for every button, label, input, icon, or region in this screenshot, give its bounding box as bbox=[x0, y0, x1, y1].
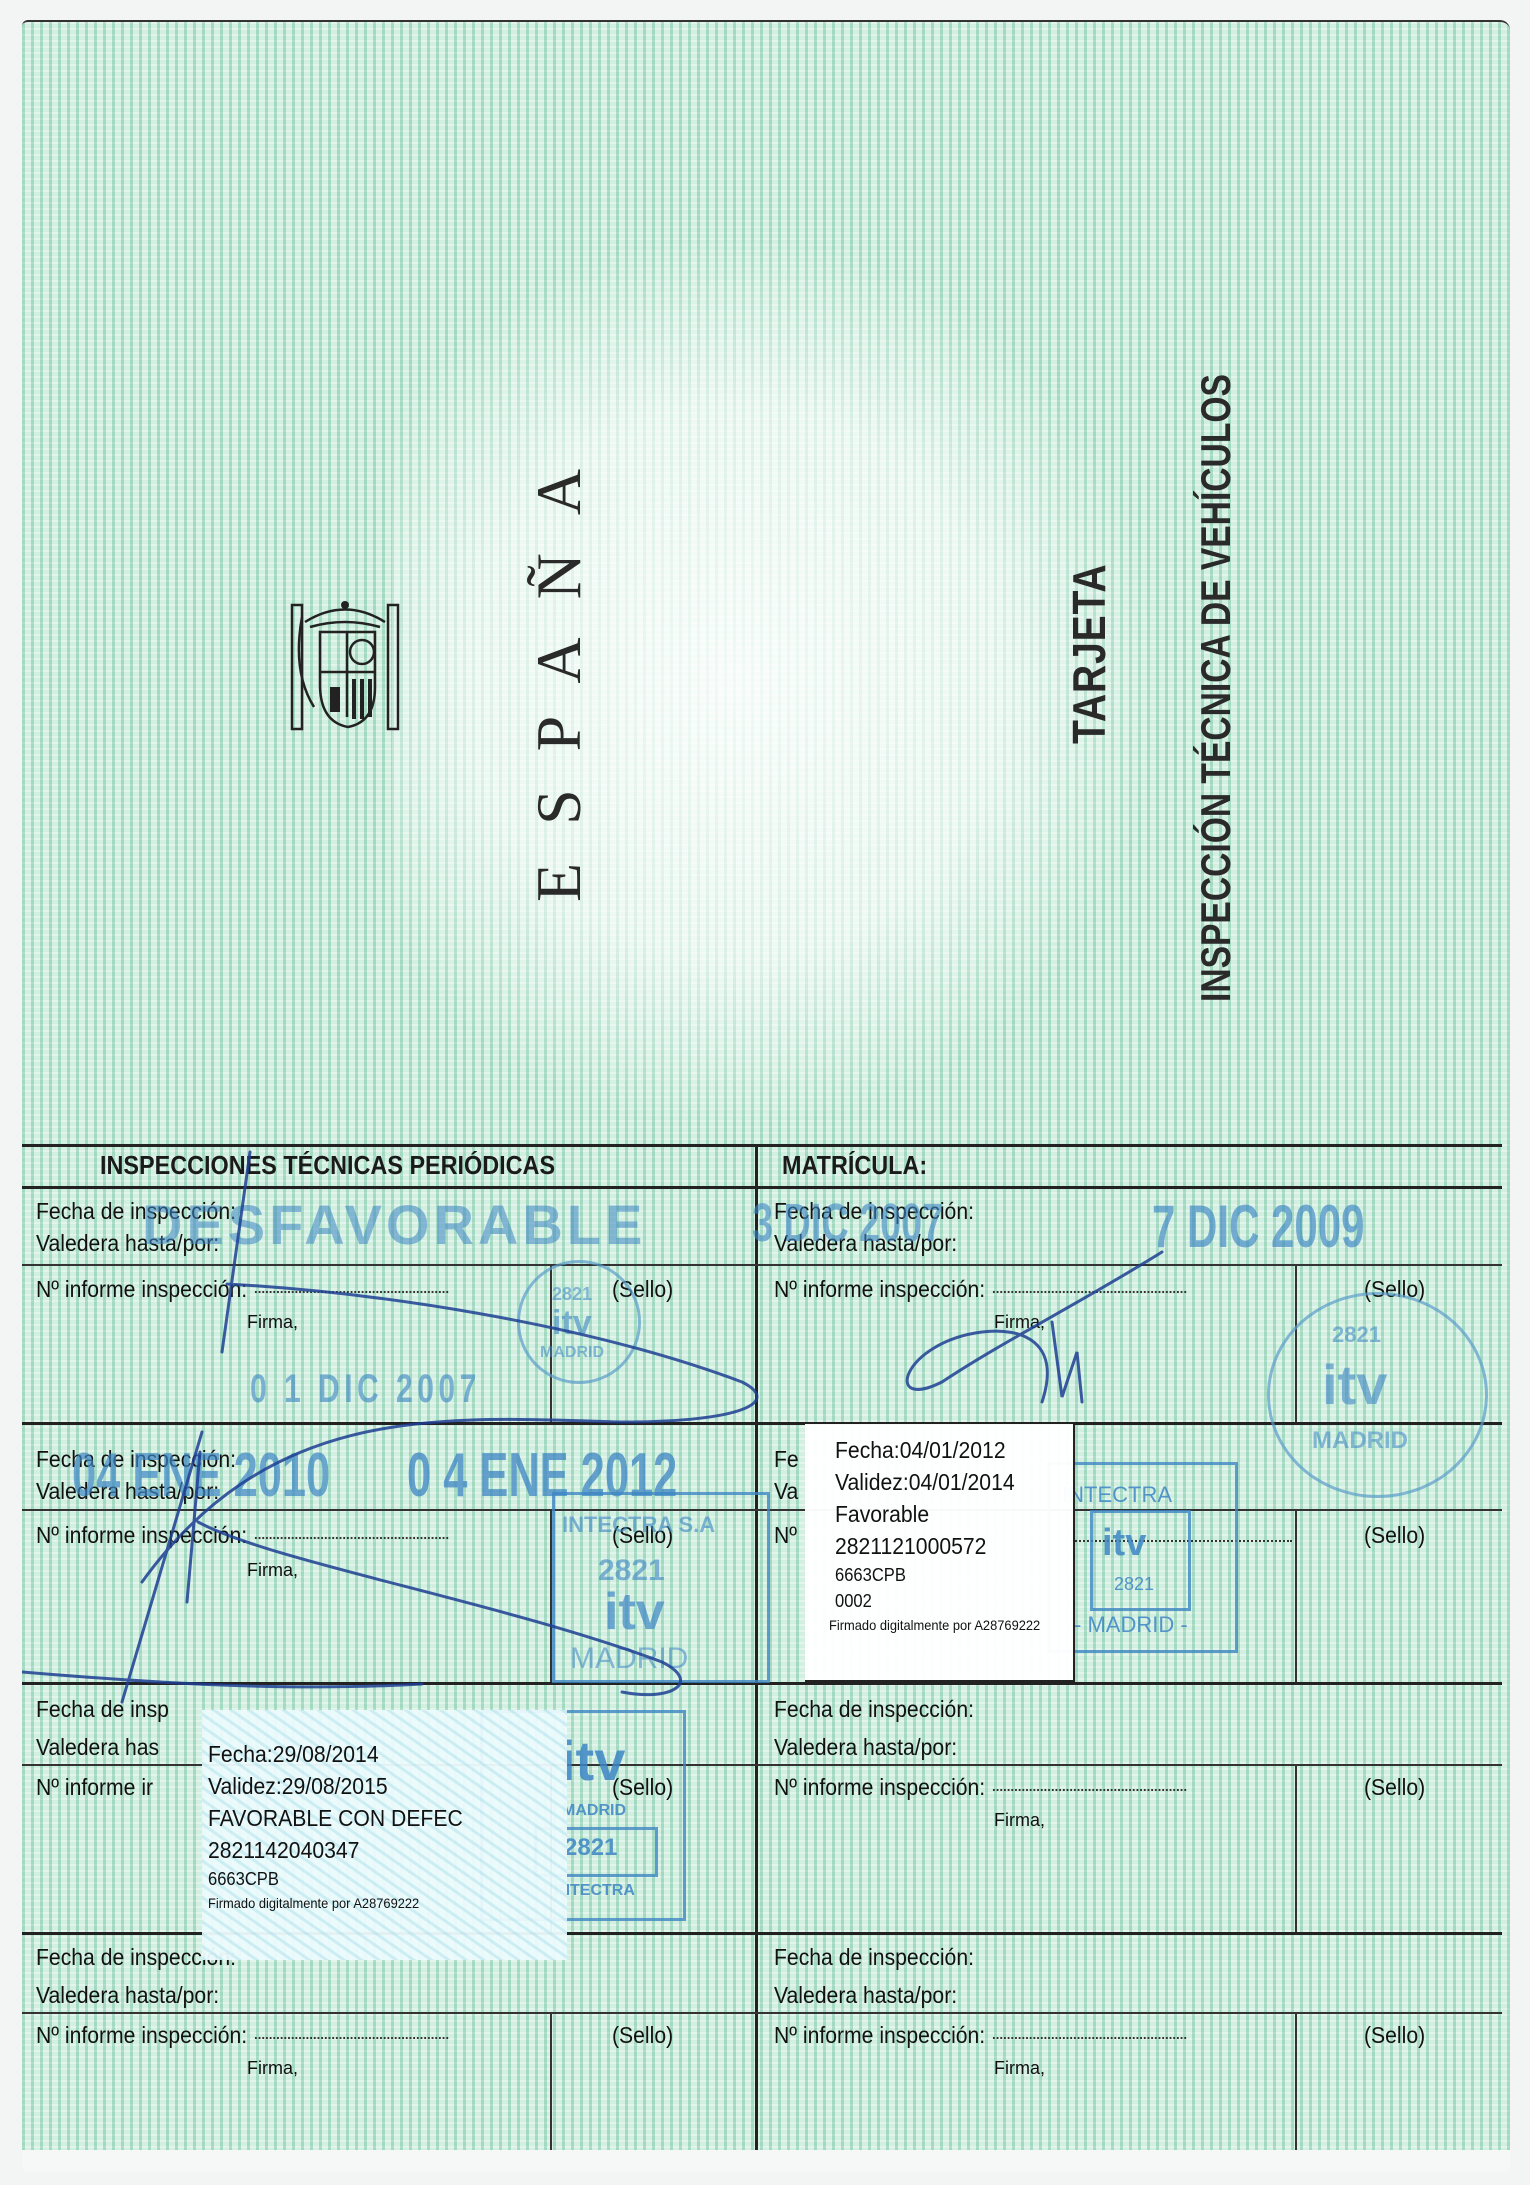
table-top-border bbox=[22, 1144, 1502, 1147]
report-number-label: Nº informe inspección: bbox=[36, 2022, 448, 2049]
row4-left-seal-divider bbox=[550, 2012, 552, 2154]
inspection-date-label-truncated: Fecha de insp bbox=[36, 1696, 169, 1723]
label-sequence: 0002 bbox=[835, 1588, 1054, 1614]
seal-code: 2821 bbox=[552, 1284, 592, 1305]
seal-city: MADRID bbox=[562, 1802, 626, 1820]
seal-label: (Sello) bbox=[1364, 2022, 1425, 2049]
label-date: Fecha:29/08/2014 bbox=[208, 1738, 538, 1770]
signature-label: Firma, bbox=[247, 1560, 298, 1581]
itv-logo: itv bbox=[560, 1728, 625, 1793]
inspection-date-label-truncated: Fe bbox=[774, 1446, 799, 1473]
report-number-label: Nº informe inspección: bbox=[36, 1522, 448, 1549]
card-bottom-edge bbox=[22, 2150, 1510, 2172]
license-plate-header: MATRÍCULA: bbox=[782, 1150, 927, 1181]
card-subtitle: INSPECCIÓN TÉCNICA DE VEHÍCULOS bbox=[1192, 374, 1240, 1002]
inspection-date-label: Fecha de inspección: bbox=[774, 1696, 974, 1723]
signature-label: Firma, bbox=[247, 1312, 298, 1333]
seal-city: - MADRID - bbox=[1074, 1612, 1188, 1638]
itv-logo: itv bbox=[552, 1304, 592, 1343]
label-result: FAVORABLE CON DEFEC bbox=[208, 1802, 538, 1834]
seal-city: MADRID bbox=[1312, 1427, 1408, 1455]
seal-label: (Sello) bbox=[612, 2022, 673, 2049]
watermark-emblem bbox=[392, 242, 1152, 1122]
itv-logo: itv bbox=[1102, 1522, 1146, 1565]
row4-inner-line bbox=[22, 2012, 1502, 2014]
label-date: Fecha:04/01/2012 bbox=[835, 1434, 1054, 1466]
coat-of-arms-icon bbox=[270, 597, 420, 737]
seal-code: 2821 bbox=[1114, 1574, 1154, 1595]
itv-card: ESPAÑA TARJETA INSPECCIÓN TÉCNICA DE VEH… bbox=[22, 20, 1510, 2172]
row1-inner-line bbox=[22, 1264, 1502, 1266]
report-number-label-truncated: Nº informe ir bbox=[36, 1774, 153, 1801]
header-bottom-border bbox=[22, 1186, 1502, 1189]
label-validity: Validez:04/01/2014 bbox=[835, 1466, 1054, 1498]
signature-label: Firma, bbox=[994, 1810, 1045, 1831]
seal-code: 2821 bbox=[564, 1834, 617, 1862]
valid-until-label: Valedera hasta/por: bbox=[36, 1982, 219, 2009]
row2-right-seal-divider bbox=[1295, 1509, 1297, 1682]
seal-label: (Sello) bbox=[1364, 1774, 1425, 1801]
country-title: ESPAÑA bbox=[522, 431, 596, 902]
card-title: TARJETA bbox=[1062, 564, 1116, 744]
label-plate: 6663CPB bbox=[835, 1562, 1054, 1588]
inspection-label-2012: Fecha:04/01/2012 Validez:04/01/2014 Favo… bbox=[805, 1424, 1075, 1682]
date-stamp: 0 1 DIC 2007 bbox=[250, 1367, 481, 1412]
label-plate: 6663CPB bbox=[208, 1866, 538, 1892]
valid-until-label: Valedera hasta/por: bbox=[774, 1982, 957, 2009]
inspection-label-2014: Fecha:29/08/2014 Validez:29/08/2015 FAVO… bbox=[202, 1710, 567, 1960]
report-number-label: Nº informe inspección: bbox=[36, 1276, 448, 1303]
signature-label: Firma, bbox=[994, 1312, 1045, 1333]
itv-logo: itv bbox=[604, 1582, 665, 1642]
row3-right-seal-divider bbox=[1295, 1764, 1297, 1932]
seal-city: MADRID bbox=[570, 1642, 688, 1676]
seal-company: INTECTRA bbox=[1062, 1482, 1172, 1508]
unfavorable-stamp: DESFAVORABLE bbox=[142, 1192, 646, 1257]
date-stamp: 7 DIC 2009 bbox=[1152, 1192, 1364, 1261]
valid-until-label-truncated: Valedera has bbox=[36, 1734, 159, 1761]
label-digital-signature: Firmado digitalmente por A28769222 bbox=[208, 1892, 538, 1914]
seal-label: (Sello) bbox=[1364, 1522, 1425, 1549]
label-result: Favorable bbox=[835, 1498, 1054, 1530]
inspection-date-label: Fecha de inspección: bbox=[774, 1944, 974, 1971]
report-number-label: Nº informe inspección: bbox=[774, 1276, 1186, 1303]
date-stamp: 3 DIC 2007 bbox=[752, 1192, 943, 1254]
label-report-number: 2821121000572 bbox=[835, 1530, 1054, 1562]
seal-company: INTECTRA S.A bbox=[562, 1512, 715, 1538]
valid-until-label: Valedera hasta/por: bbox=[774, 1734, 957, 1761]
label-validity: Validez:29/08/2015 bbox=[208, 1770, 538, 1802]
row4-right-seal-divider bbox=[1295, 2012, 1297, 2154]
date-stamp: 04 ENE 2010 bbox=[72, 1440, 330, 1511]
valid-until-label-truncated: Va bbox=[774, 1478, 798, 1505]
signature-label: Firma, bbox=[994, 2058, 1045, 2079]
seal-code: 2821 bbox=[1332, 1322, 1381, 1348]
seal-city: MADRID bbox=[540, 1344, 604, 1362]
signature-label: Firma, bbox=[247, 2058, 298, 2079]
report-number-label: Nº informe inspección: bbox=[774, 2022, 1186, 2049]
report-number-label-truncated: Nº bbox=[774, 1522, 797, 1549]
periodic-inspections-header: INSPECCIONES TÉCNICAS PERIÓDICAS bbox=[100, 1150, 555, 1181]
report-number-label: Nº informe inspección: bbox=[774, 1774, 1186, 1801]
label-report-number: 2821142040347 bbox=[208, 1834, 538, 1866]
itv-logo: itv bbox=[1322, 1352, 1387, 1417]
label-digital-signature: Firmado digitalmente por A28769222 bbox=[829, 1614, 1053, 1636]
